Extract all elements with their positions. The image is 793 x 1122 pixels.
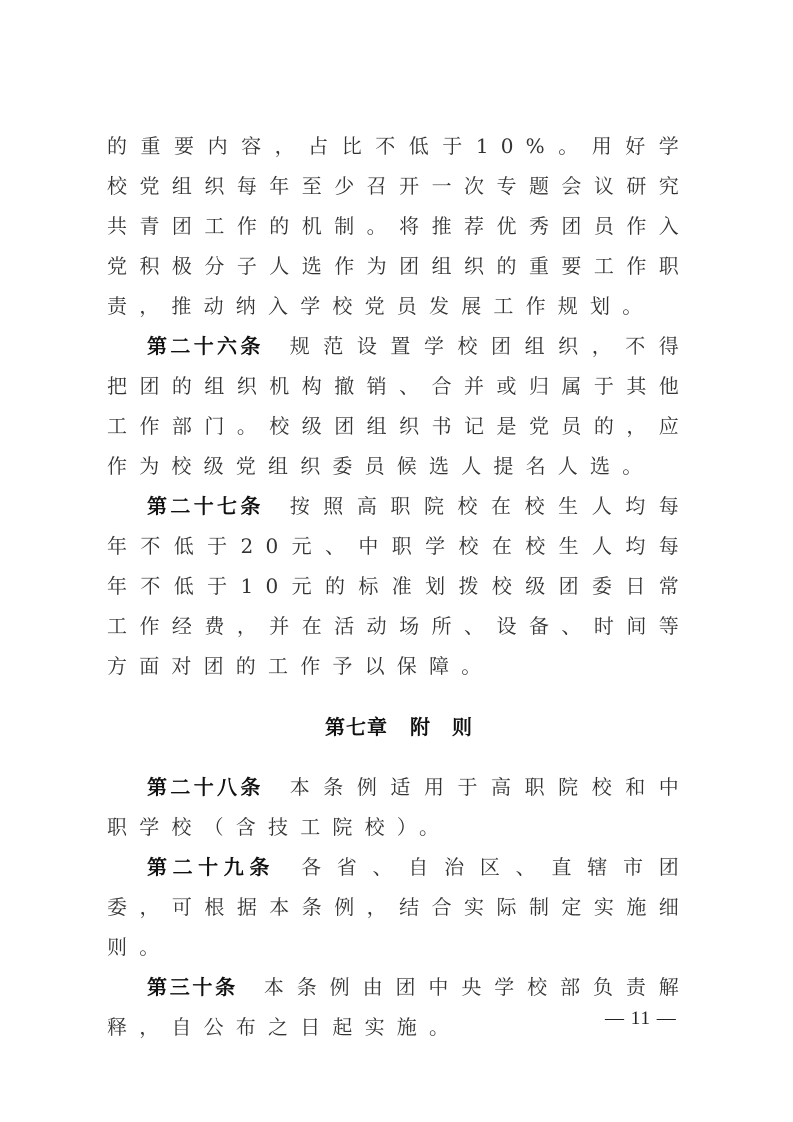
- article-text: 按照高职院校在校生人均每年不低于20元、中职学校在校生人均每年不低于10元的标准…: [107, 494, 691, 678]
- chapter-heading: 第七章附 则: [107, 707, 691, 747]
- article-26: 第二十六条规范设置学校团组织，不得把团的组织机构撤销、合并或归属于其他工作部门。…: [107, 326, 691, 486]
- continuation-paragraph: 的重要内容，占比不低于10%。用好学校党组织每年至少召开一次专题会议研究共青团工…: [107, 126, 691, 326]
- article-label: 第二十七条: [147, 494, 264, 518]
- chapter-title: 附 则: [410, 715, 473, 739]
- page-number: — 11 —: [605, 1008, 677, 1030]
- article-label: 第二十六条: [147, 334, 264, 358]
- article-label: 第二十八条: [147, 775, 264, 799]
- article-28: 第二十八条本条例适用于高职院校和中职学校（含技工院校）。: [107, 767, 691, 847]
- article-label: 第二十九条: [147, 855, 275, 879]
- article-29: 第二十九条各省、自治区、直辖市团委，可根据本条例，结合实际制定实施细则。: [107, 847, 691, 967]
- article-30: 第三十条本条例由团中央学校部负责解释，自公布之日起实施。: [107, 967, 691, 1047]
- document-page: 的重要内容，占比不低于10%。用好学校党组织每年至少召开一次专题会议研究共青团工…: [107, 126, 691, 1047]
- chapter-number: 第七章: [325, 715, 388, 739]
- article-27: 第二十七条按照高职院校在校生人均每年不低于20元、中职学校在校生人均每年不低于1…: [107, 486, 691, 686]
- article-label: 第三十条: [147, 975, 238, 999]
